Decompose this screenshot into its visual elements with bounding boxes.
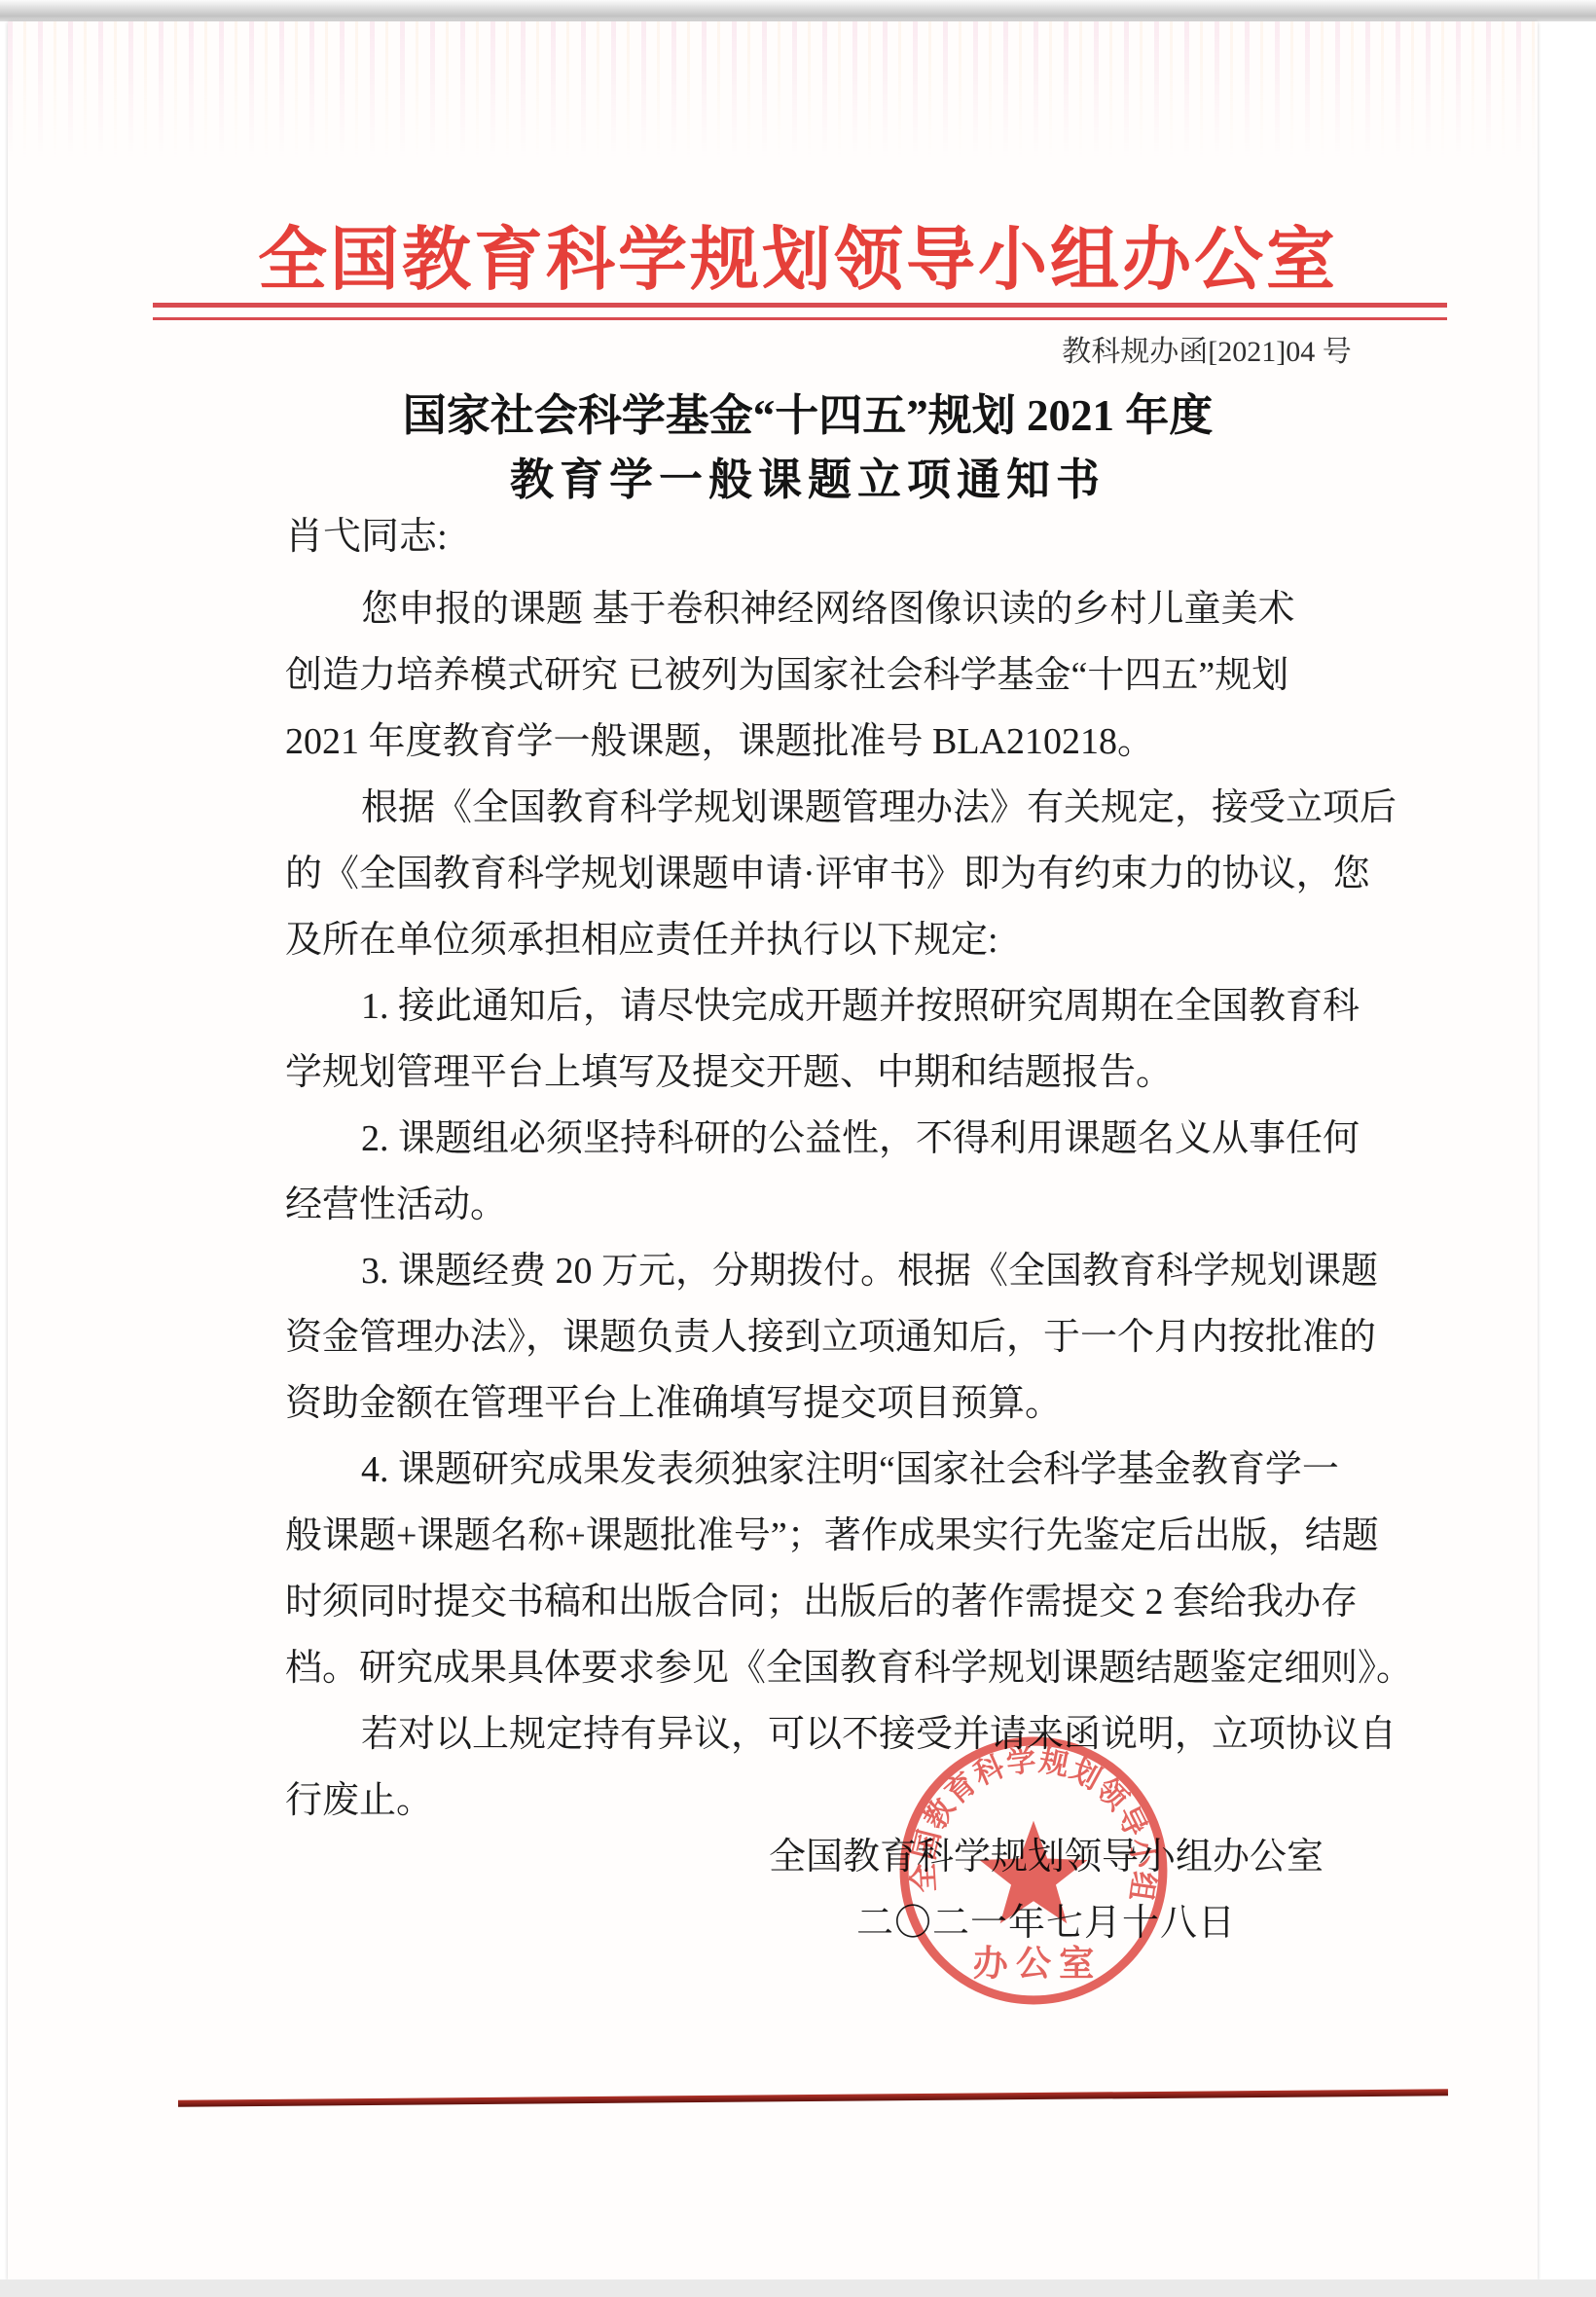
body-line: 经营性活动。 <box>285 1172 1429 1238</box>
body-line: 1. 接此通知后，请尽快完成开题并按照研究周期在全国教育科 <box>285 973 1429 1039</box>
seal-bottom-text: 办公室 <box>973 1945 1103 1984</box>
body-line: 资助金额在管理平台上准确填写提交项目预算。 <box>285 1370 1429 1437</box>
body-line: 若对以上规定持有异议，可以不接受并请来函说明，立项协议自 <box>285 1701 1429 1768</box>
letterhead-divider-line-top <box>153 303 1447 308</box>
body-line: 的《全国教育科学规划课题申请·评审书》即为有约束力的协议，您 <box>285 841 1429 907</box>
body-line: 行废止。 <box>285 1768 1429 1834</box>
salutation: 肖弋同志: <box>285 506 448 561</box>
body-line: 您申报的课题 基于卷积神经网络图像识读的乡村儿童美术 <box>285 576 1429 642</box>
document-title-line-1: 国家社会科学基金“十四五”规划 2021 年度 <box>156 380 1460 443</box>
body-line: 4. 课题研究成果发表须独家注明“国家社会科学基金教育学一 <box>285 1437 1429 1503</box>
scan-noise-streaks <box>8 21 1538 158</box>
body-line: 2. 课题组必须坚持科研的公益性，不得利用课题名义从事任何 <box>285 1106 1429 1172</box>
body-line: 般课题+课题名称+课题批准号”；著作成果实行先鉴定后出版，结题 <box>285 1503 1429 1569</box>
scanner-bottom-strip <box>0 2279 1596 2297</box>
body-line: 时须同时提交书稿和出版合同；出版后的著作需提交 2 套给我办存 <box>285 1569 1429 1635</box>
official-seal: 全国教育科学规划领导小组 办公室 <box>891 1729 1176 2013</box>
letterhead-org-title: 全国教育科学规划领导小组办公室 <box>146 204 1450 304</box>
body-line: 3. 课题经费 20 万元，分期拨付。根据《全国教育科学规划课题 <box>285 1238 1429 1304</box>
body-line: 2021 年度教育学一般课题，课题批准号 BLA210218。 <box>285 709 1429 775</box>
body-line: 学规划管理平台上填写及提交开题、中期和结题报告。 <box>285 1039 1429 1106</box>
body-line: 档。研究成果具体要求参见《全国教育科学规划课题结题鉴定细则》。 <box>285 1635 1429 1701</box>
seal-star-icon <box>979 1821 1087 1924</box>
body-line: 资金管理办法》，课题负责人接到立项通知后，于一个月内按批准的 <box>285 1304 1429 1370</box>
scanner-top-bar <box>0 0 1596 21</box>
document-title-line-2: 教育学一般课题立项通知书 <box>156 444 1460 507</box>
body-line: 创造力培养模式研究 已被列为国家社会科学基金“十四五”规划 <box>285 642 1429 709</box>
body-line: 根据《全国教育科学规划课题管理办法》有关规定，接受立项后 <box>285 775 1429 841</box>
document-number: 教科规办函[2021]04 号 <box>1012 327 1401 370</box>
letterhead-divider-line-bottom <box>153 317 1447 320</box>
letter-body: 您申报的课题 基于卷积神经网络图像识读的乡村儿童美术 创造力培养模式研究 已被列… <box>285 576 1429 1834</box>
body-line: 及所在单位须承担相应责任并执行以下规定: <box>285 907 1429 973</box>
